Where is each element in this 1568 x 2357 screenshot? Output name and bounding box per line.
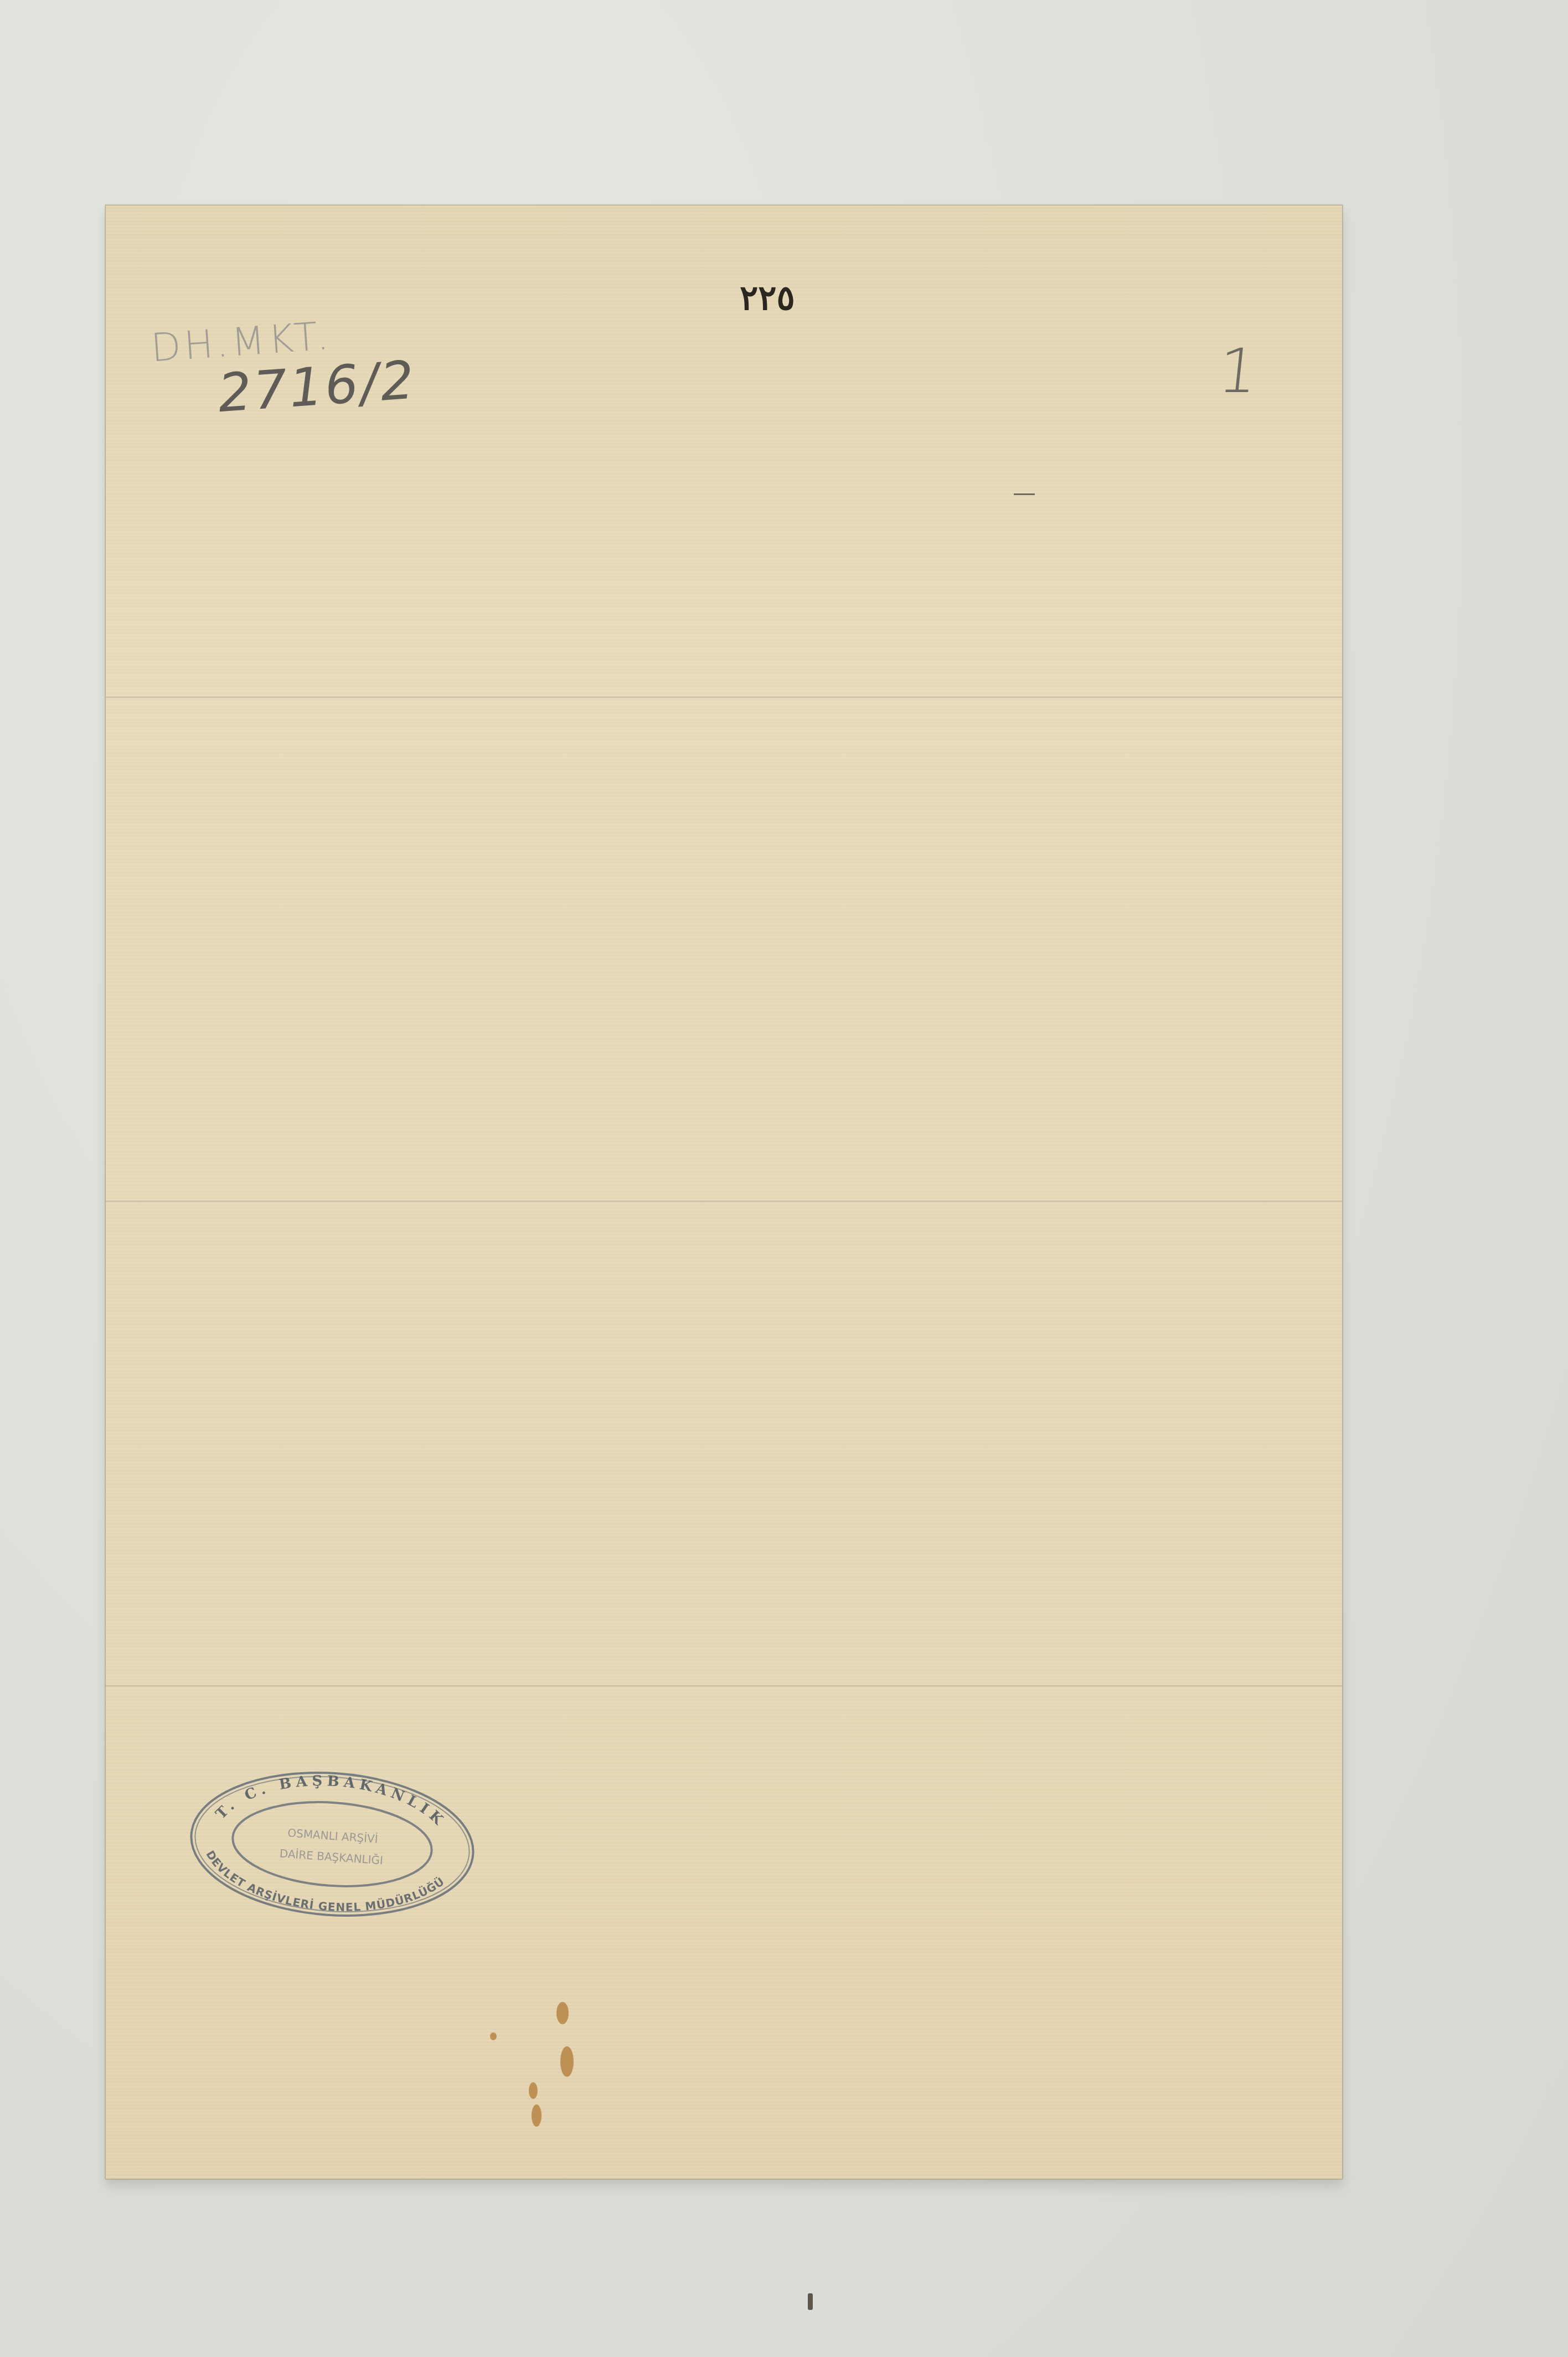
ink-speck — [808, 2293, 813, 2310]
fold-line — [106, 696, 1342, 699]
fold-line — [106, 1200, 1342, 1203]
stamp-middle-line1: OSMANLI ARŞİVİ — [287, 1826, 379, 1845]
archive-stamp: T. C. BAŞBAKANLIK OSMANLI ARŞİVİ DAİRE B… — [180, 1757, 484, 1932]
fold-line — [106, 1684, 1342, 1687]
rust-stain — [529, 2082, 538, 2099]
rust-stain — [532, 2104, 541, 2127]
stamp-oval-icon: T. C. BAŞBAKANLIK OSMANLI ARŞİVİ DAİRE B… — [180, 1757, 484, 1932]
folio-number: ٢٢٥ — [740, 277, 795, 318]
archive-reference: DH.MKT. 2716/2 — [149, 307, 418, 429]
pencil-dash-mark — [1014, 493, 1035, 495]
page-number: 1 — [1215, 336, 1261, 406]
stamp-middle-line2: DAİRE BAŞKANLIĞI — [279, 1846, 384, 1867]
rust-stain — [560, 2046, 574, 2077]
rust-stain — [490, 2032, 497, 2040]
archive-file-number: 2716/2 — [216, 350, 418, 425]
rust-stain — [556, 2002, 569, 2024]
